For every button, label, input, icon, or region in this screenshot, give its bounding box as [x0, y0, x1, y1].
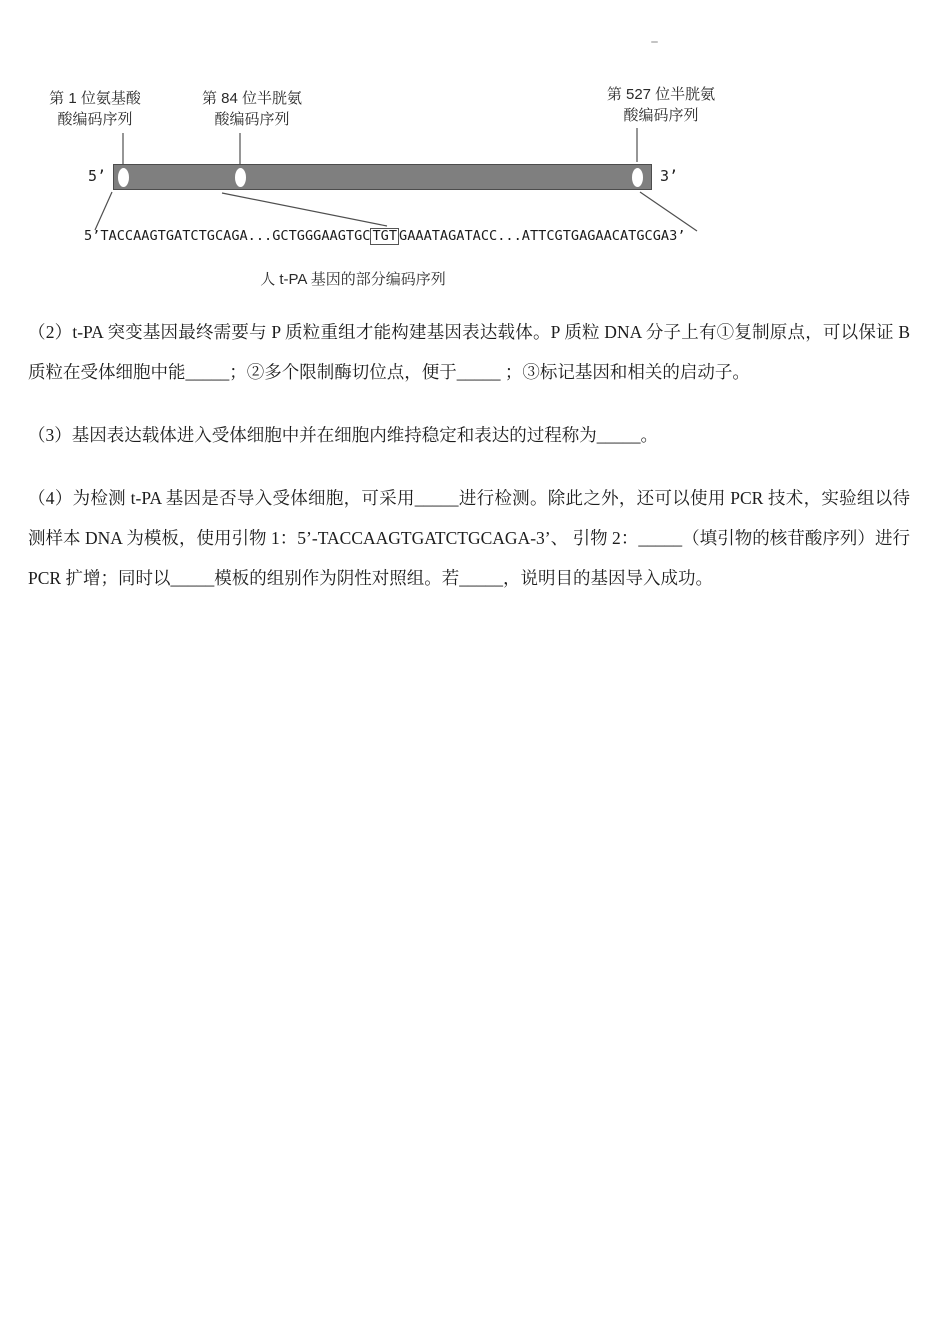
sequence-prefix: 5’TACCAAGTGATCTGCAGA...GCTGGGAAGTGC [84, 228, 370, 244]
gene-diagram: 第 1 位氨基酸 酸编码序列 第 84 位半胱氨 酸编码序列 第 527 位半胱… [0, 0, 936, 312]
stray-mark [651, 41, 658, 43]
site-marker-84 [235, 168, 246, 187]
dna-sequence: 5’TACCAAGTGATCTGCAGA...GCTGGGAAGTGCTGTGA… [84, 228, 685, 244]
gene-bar [113, 164, 652, 190]
question-2: （2）t-PA 突变基因最终需要与 P 质粒重组才能构建基因表达载体。P 质粒 … [28, 312, 910, 392]
figure-caption: 人 t-PA 基因的部分编码序列 [113, 268, 593, 289]
five-prime-label: 5’ [88, 167, 106, 185]
question-4: （4）为检测 t-PA 基因是否导入受体细胞，可采用_____进行检测。除此之外… [28, 478, 910, 598]
site-marker-527 [632, 168, 643, 187]
site-marker-1 [118, 168, 129, 187]
sequence-suffix: GAAATAGATACC...ATTCGTGAGAACATGCGA3’ [399, 228, 685, 244]
document-page: 第 1 位氨基酸 酸编码序列 第 84 位半胱氨 酸编码序列 第 527 位半胱… [0, 0, 936, 1320]
boxed-codon: TGT [370, 228, 399, 245]
connector-lines [0, 0, 936, 312]
three-prime-label: 3’ [660, 167, 678, 185]
question-text-block: （2）t-PA 突变基因最终需要与 P 质粒重组才能构建基因表达载体。P 质粒 … [28, 312, 910, 621]
question-3: （3）基因表达载体进入受体细胞中并在细胞内维持稳定和表达的过程称为_____。 [28, 415, 910, 455]
